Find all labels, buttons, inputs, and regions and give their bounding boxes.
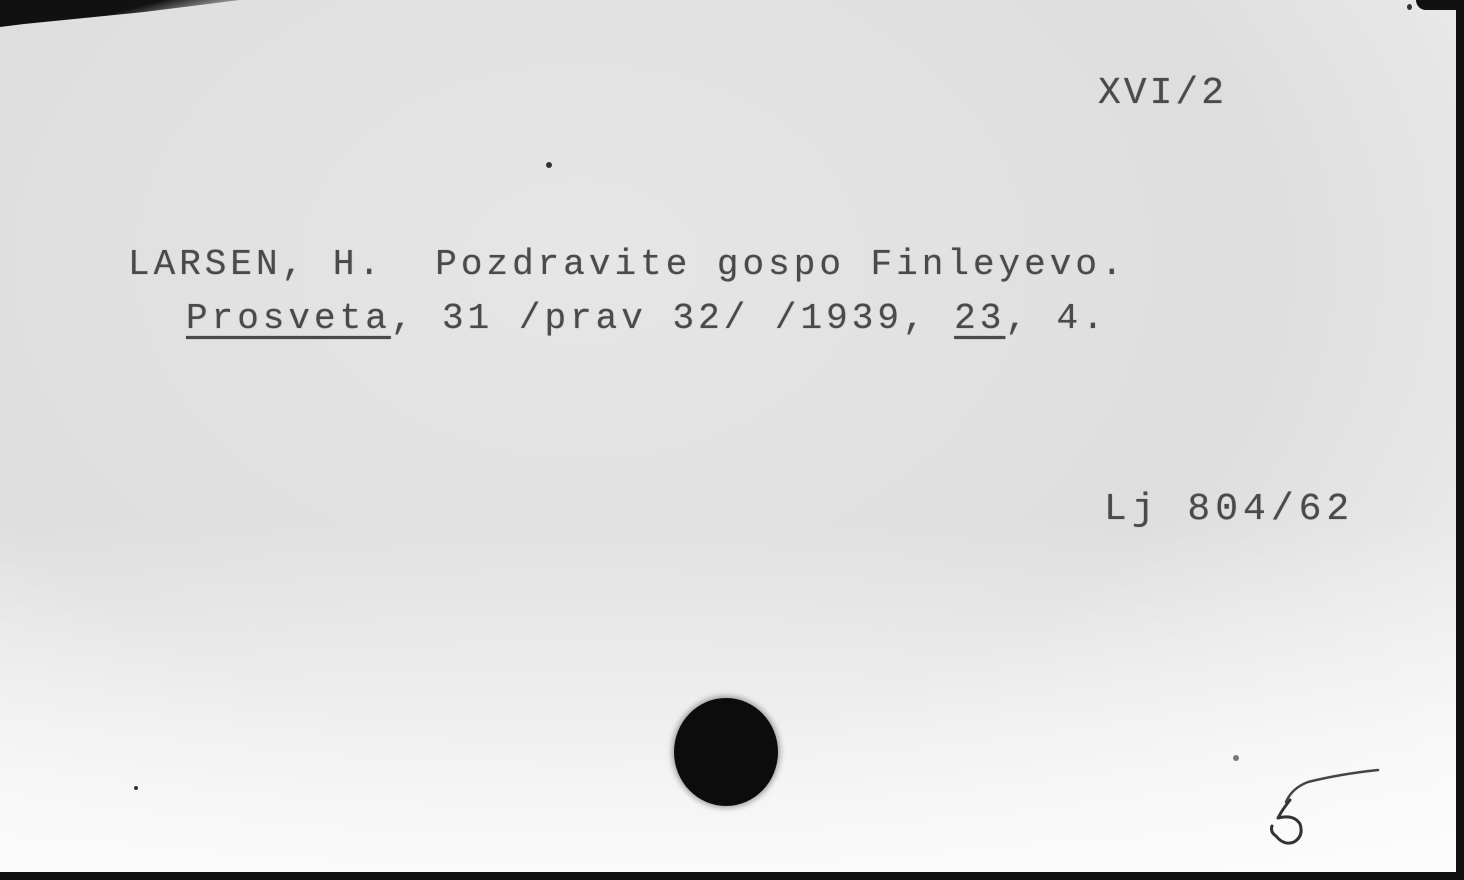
entry-line-source: Prosveta, 31 /prav 32/ /1939, 23, 4. bbox=[186, 298, 1108, 339]
bracket-note: /prav 32/ bbox=[519, 298, 749, 339]
call-number: Lj 804/62 bbox=[1104, 488, 1354, 531]
work-title: Pozdravite gospo Finleyevo. bbox=[435, 244, 1126, 285]
entry-line-author-title: LARSEN, H. Pozdravite gospo Finleyevo. bbox=[128, 244, 1127, 285]
scan-shadow-top-right bbox=[1416, 0, 1456, 10]
scan-border-right bbox=[1456, 0, 1464, 880]
handwritten-number-mark bbox=[1220, 740, 1380, 850]
punch-hole bbox=[674, 698, 778, 806]
ink-speck bbox=[134, 786, 138, 790]
year-info: /1939, bbox=[749, 298, 954, 339]
periodical-name: Prosveta bbox=[186, 298, 391, 339]
ink-speck bbox=[1407, 4, 1412, 10]
page-info: , 4. bbox=[1005, 298, 1107, 339]
volume-info: , 31 bbox=[391, 298, 519, 339]
catalog-card: XVI/2 LARSEN, H. Pozdravite gospo Finley… bbox=[0, 0, 1456, 872]
class-number: XVI/2 bbox=[1098, 72, 1227, 115]
scan-shadow-top-left bbox=[0, 0, 240, 60]
scan-border-bottom bbox=[0, 872, 1464, 880]
author-name: LARSEN, H. bbox=[128, 244, 384, 285]
issue-number: 23 bbox=[954, 298, 1005, 339]
ink-speck bbox=[546, 162, 552, 168]
